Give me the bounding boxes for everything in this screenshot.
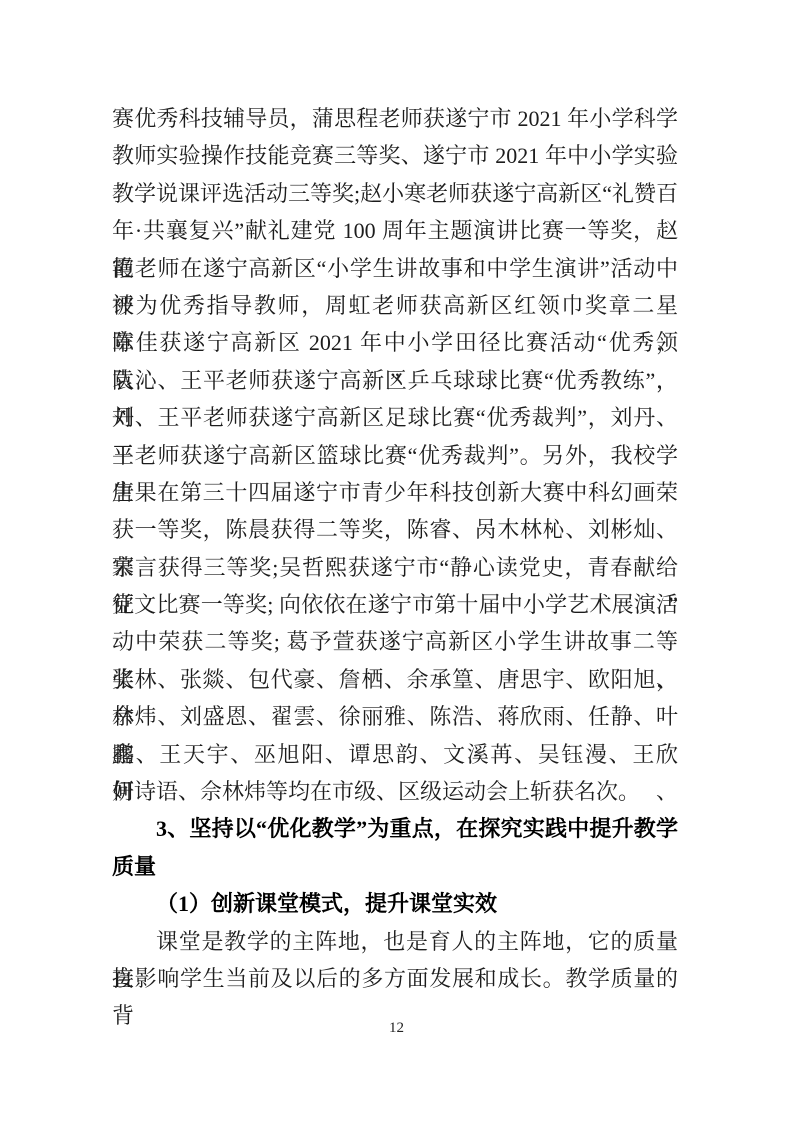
body-text-line: 赛优秀科技辅导员，蒲思程老师获遂宁市 2021 年小学科学 [112,100,678,137]
body-text-line: 教师实验操作技能竞赛三等奖、遂宁市 2021 年中小学实验 [112,137,678,174]
body-text-line: 接影响学生当前及以后的多方面发展和成长。教学质量的背 [112,960,678,997]
body-text-line: 教学说课评选活动三等奖;赵小寒老师获遂宁高新区“礼赞百 [112,175,678,212]
body-text-line: 征文比赛一等奖; 向依依在遂宁市第十届中小学艺术展演活 [112,586,678,623]
body-text-line: 慕言获得三等奖;吴哲熙获遂宁市“静心读党史，青春献给党” [112,549,678,586]
section-heading-line: 3、坚持以“优化教学”为重点，在探究实践中提升教学 [112,810,678,847]
body-text-line: 评为优秀指导教师，周虹老师获高新区红领巾奖章二星章， [112,287,678,324]
body-text-line: 林炜、刘盛恩、翟雲、徐丽雅、陈浩、蒋欣雨、任静、叶鑫 [112,698,678,735]
body-text-line: 年·共襄复兴”献礼建党 100 周年主题演讲比赛一等奖，赵艳 [112,212,678,249]
document-body: 赛优秀科技辅导员，蒲思程老师获遂宁市 2021 年小学科学 教师实验操作技能竞赛… [112,100,678,997]
body-text-line: 动中荣获二等奖; 葛予萱获遂宁高新区小学生讲故事二等奖， [112,623,678,660]
body-text-line: 丹、王平老师获遂宁高新区足球比赛“优秀裁判”，刘丹、王 [112,399,678,436]
subsection-heading-line: （1）创新课堂模式，提升课堂实效 [112,885,678,922]
body-text-line: 课堂是教学的主阵地，也是育人的主阵地，它的质量直 [112,923,678,960]
body-text-line: 霞老师在遂宁高新区“小学生讲故事和中学生演讲”活动中被 [112,250,678,287]
body-text-line: 何诗语、佘林炜等均在市级、区级运动会上斩获名次。 [112,773,678,810]
body-text-line: 唐果在第三十四届遂宁市青少年科技创新大赛中科幻画荣 [112,474,678,511]
body-text-line: 获一等奖，陈晨获得二等奖，陈睿、呙木林杺、刘彬灿、宋 [112,511,678,548]
document-page: 赛优秀科技辅导员，蒲思程老师获遂宁市 2021 年小学科学 教师实验操作技能竞赛… [0,0,793,1122]
body-text-line: 陈佳获遂宁高新区 2021 年中小学田径比赛活动“优秀领队”， [112,324,678,361]
page-number: 12 [0,1020,793,1037]
body-text-line: 平老师获遂宁高新区篮球比赛“优秀裁判”。另外，我校学生 [112,437,678,474]
section-heading-line: 质量 [112,848,678,885]
body-text-line: 鹏、王天宇、巫旭阳、谭思韵、文溪苒、吴钰漫、王欣妍、 [112,736,678,773]
body-text-line: 袁沁、王平老师获遂宁高新区乒乓球球比赛“优秀教练”，刘 [112,362,678,399]
body-text-line: 张林、张燚、包代豪、詹栖、余承篁、唐思宇、欧阳旭、佘 [112,661,678,698]
